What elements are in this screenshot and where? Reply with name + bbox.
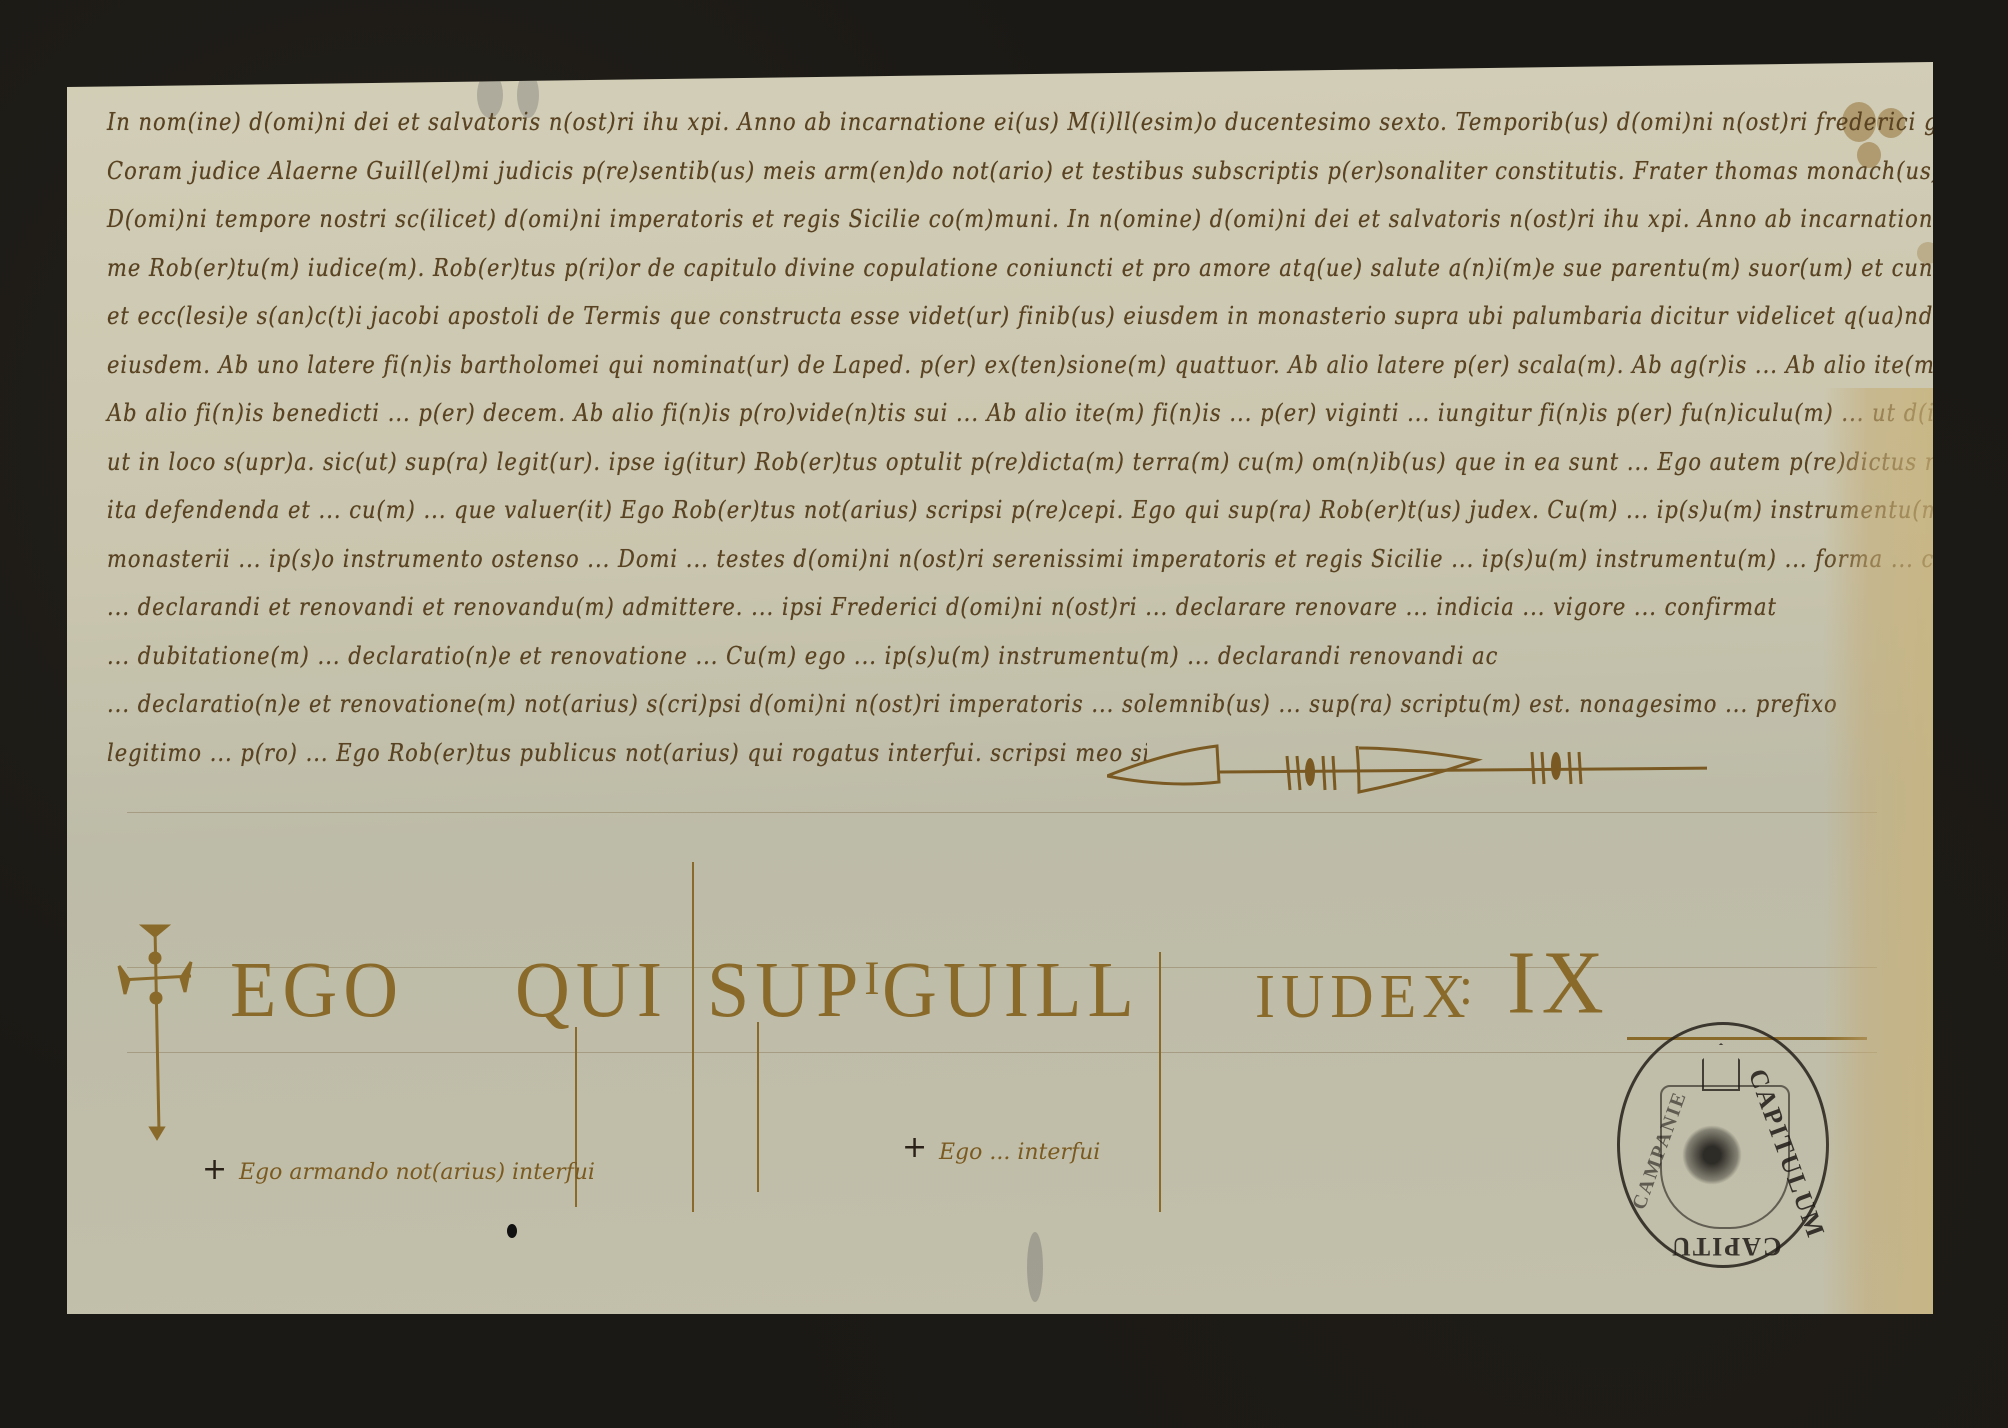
subscription-word-ego: EGO (230, 945, 404, 1036)
subscription-word-ix: IX (1507, 930, 1610, 1035)
text-line: D(omi)ni tempore nostri sc(ilicet) d(omi… (107, 191, 1907, 247)
subscription-word-supra: SUPᴵ (707, 945, 886, 1036)
pin-hole (507, 1224, 517, 1238)
text-line: monasterii ... ip(s)o instrumento ostens… (107, 531, 1907, 587)
subscription-armando: Ego armando not(arius) interfui (239, 1160, 595, 1185)
text-line: ... declaratio(n)e et renovatione(m) not… (107, 676, 1907, 732)
saint-figure-icon (1682, 1125, 1742, 1185)
cross-icon: + (202, 1152, 227, 1187)
text-line: In nom(ine) d(omi)ni dei et salvatoris n… (107, 94, 1907, 150)
archive-ink-stamp: CAPITULUM CAMPANIE CAPITU (1617, 1022, 1829, 1268)
descender-stroke (757, 1022, 759, 1192)
cross-icon (115, 922, 195, 1142)
ruling-line (127, 812, 1877, 813)
notarial-sign (1107, 732, 1707, 812)
charter-body-text: In nom(ine) d(omi)ni dei et salvatoris n… (107, 98, 1907, 777)
subscription-word-iudex: IUDEX (1255, 960, 1472, 1032)
long-s-stroke (692, 862, 694, 1212)
text-line: legitimo ... p(ro) ... Ego Rob(er)tus pu… (107, 725, 1147, 781)
text-line: et ecc(lesi)e s(an)c(t)i jacobi apostoli… (107, 288, 1907, 344)
subscription-second: Ego ... interfui (939, 1140, 1100, 1165)
ruling-line (127, 1052, 1877, 1053)
long-s-stroke (1159, 952, 1161, 1212)
text-line: ut in loco s(upr)a. sic(ut) sup(ra) legi… (107, 434, 1907, 490)
text-line: me Rob(er)tu(m) iudice(m). Rob(er)tus p(… (107, 240, 1907, 296)
cross-icon: + (902, 1130, 927, 1165)
subscription-colon: : (1459, 956, 1479, 1017)
text-line: Coram judice Alaerne Guill(el)mi judicis… (107, 143, 1907, 199)
text-line: ... dubitatione(m) ... declaratio(n)e et… (107, 628, 1907, 684)
text-line: ... declarandi et renovandi et renovandu… (107, 579, 1907, 635)
text-line: ita defendenda et ... cu(m) ... que valu… (107, 482, 1907, 538)
text-line: eiusdem. Ab uno latere fi(n)is bartholom… (107, 337, 1907, 393)
parchment-sheet: In nom(ine) d(omi)ni dei et salvatoris n… (67, 62, 1933, 1314)
subscription-word-qui: QUI (515, 945, 668, 1036)
mitre-icon (1702, 1043, 1740, 1091)
stamp-text-bottom: CAPITU (1670, 1231, 1782, 1261)
text-line: Ab alio fi(n)is benedicti ... p(er) dece… (107, 385, 1907, 441)
smudge (1027, 1232, 1043, 1302)
subscription-word-guill: GUILL (882, 945, 1140, 1036)
